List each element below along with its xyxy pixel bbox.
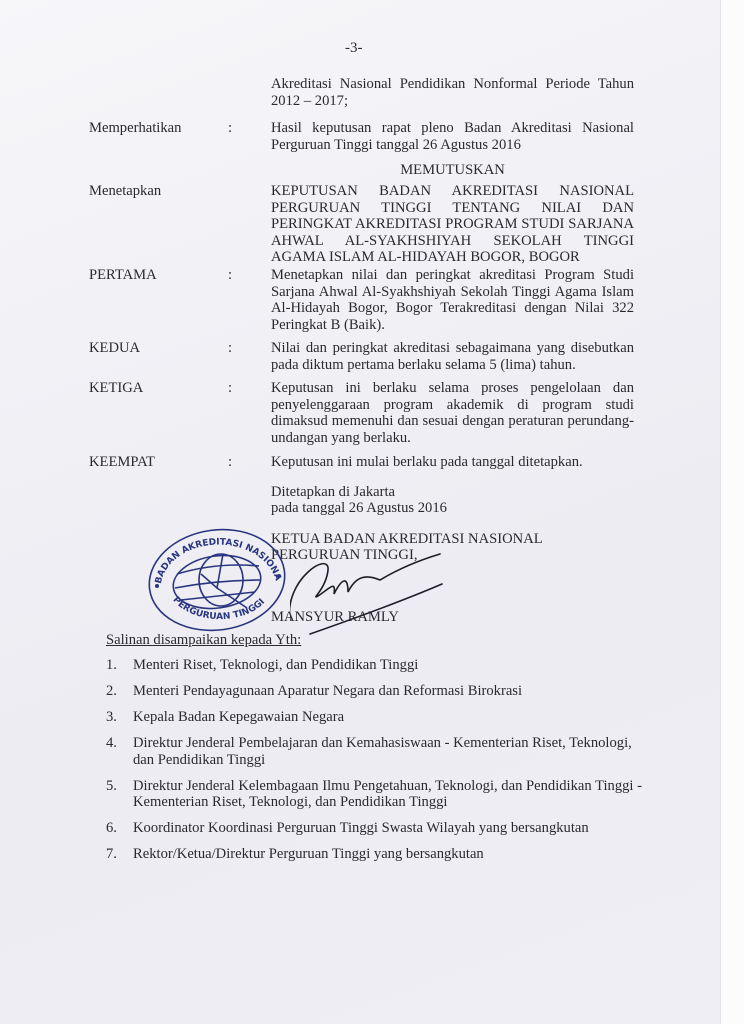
list-text: Kepala Badan Kepegawaian Negara <box>133 709 344 725</box>
memperhatikan-text: Hasil keputusan rapat pleno Badan Akredi… <box>271 120 634 153</box>
list-number: 6. <box>106 820 117 837</box>
copies-list: 1.Menteri Riset, Teknologi, dan Pendidik… <box>106 657 646 872</box>
official-stamp-icon: BADAN AKREDITASI NASIONAL PERGURUAN TING… <box>143 522 291 632</box>
list-text: Menteri Riset, Teknologi, dan Pendidikan… <box>133 657 418 673</box>
list-number: 4. <box>106 735 117 752</box>
diktum-colon: : <box>228 380 232 397</box>
menetapkan-text: KEPUTUSAN BADAN AKREDITASI NASIONAL PERG… <box>271 183 634 266</box>
diktum-colon: : <box>228 267 232 284</box>
menetapkan-label: Menetapkan <box>89 183 161 200</box>
list-item: 6.Koordinator Koordinasi Perguruan Tingg… <box>106 820 646 837</box>
diktum-label: KEDUA <box>89 340 140 357</box>
diktum-text: Keputusan ini berlaku selama proses peng… <box>271 380 634 446</box>
list-number: 2. <box>106 683 117 700</box>
list-text: Koordinator Koordinasi Perguruan Tinggi … <box>133 820 589 836</box>
list-item: 7.Rektor/Ketua/Direktur Perguruan Tinggi… <box>106 846 646 863</box>
diktum-text: Keputusan ini mulai berlaku pada tanggal… <box>271 454 634 471</box>
signing-date: pada tanggal 26 Agustus 2016 <box>271 500 447 517</box>
diktum-label: KETIGA <box>89 380 143 397</box>
list-item: 4.Direktur Jenderal Pembelajaran dan Kem… <box>106 735 646 768</box>
page-number: -3- <box>345 40 363 57</box>
copies-title: Salinan disampaikan kepada Yth: <box>106 632 301 649</box>
list-item: 3.Kepala Badan Kepegawaian Negara <box>106 709 646 726</box>
list-text: Menteri Pendayagunaan Aparatur Negara da… <box>133 683 522 699</box>
list-number: 1. <box>106 657 117 674</box>
list-item: 5.Direktur Jenderal Kelembagaan Ilmu Pen… <box>106 778 646 811</box>
diktum-text: Menetapkan nilai dan peringkat akreditas… <box>271 267 634 333</box>
list-text: Direktur Jenderal Kelembagaan Ilmu Penge… <box>133 778 642 811</box>
list-item: 2.Menteri Pendayagunaan Aparatur Negara … <box>106 683 646 700</box>
scan-edge <box>720 0 744 1024</box>
diktum-text: Nilai dan peringkat akreditasi sebagaima… <box>271 340 634 373</box>
diktum-label: KEEMPAT <box>89 454 155 471</box>
stamp-top-text: BADAN AKREDITASI NASIONAL <box>143 522 283 585</box>
list-number: 5. <box>106 778 117 795</box>
memperhatikan-colon: : <box>228 120 232 137</box>
diktum-label: PERTAMA <box>89 267 157 284</box>
continuation-text: Akreditasi Nasional Pendidikan Nonformal… <box>271 76 634 109</box>
list-item: 1.Menteri Riset, Teknologi, dan Pendidik… <box>106 657 646 674</box>
signing-place: Ditetapkan di Jakarta <box>271 484 395 501</box>
diktum-colon: : <box>228 454 232 471</box>
list-number: 3. <box>106 709 117 726</box>
memutuskan-heading: MEMUTUSKAN <box>271 162 634 179</box>
list-text: Rektor/Ketua/Direktur Perguruan Tinggi y… <box>133 846 484 862</box>
list-number: 7. <box>106 846 117 863</box>
signature-scribble-icon <box>290 540 450 640</box>
diktum-colon: : <box>228 340 232 357</box>
memperhatikan-label: Memperhatikan <box>89 120 181 137</box>
list-text: Direktur Jenderal Pembelajaran dan Kemah… <box>133 735 632 768</box>
svg-text:BADAN AKREDITASI NASIONAL: BADAN AKREDITASI NASIONAL <box>143 522 283 585</box>
